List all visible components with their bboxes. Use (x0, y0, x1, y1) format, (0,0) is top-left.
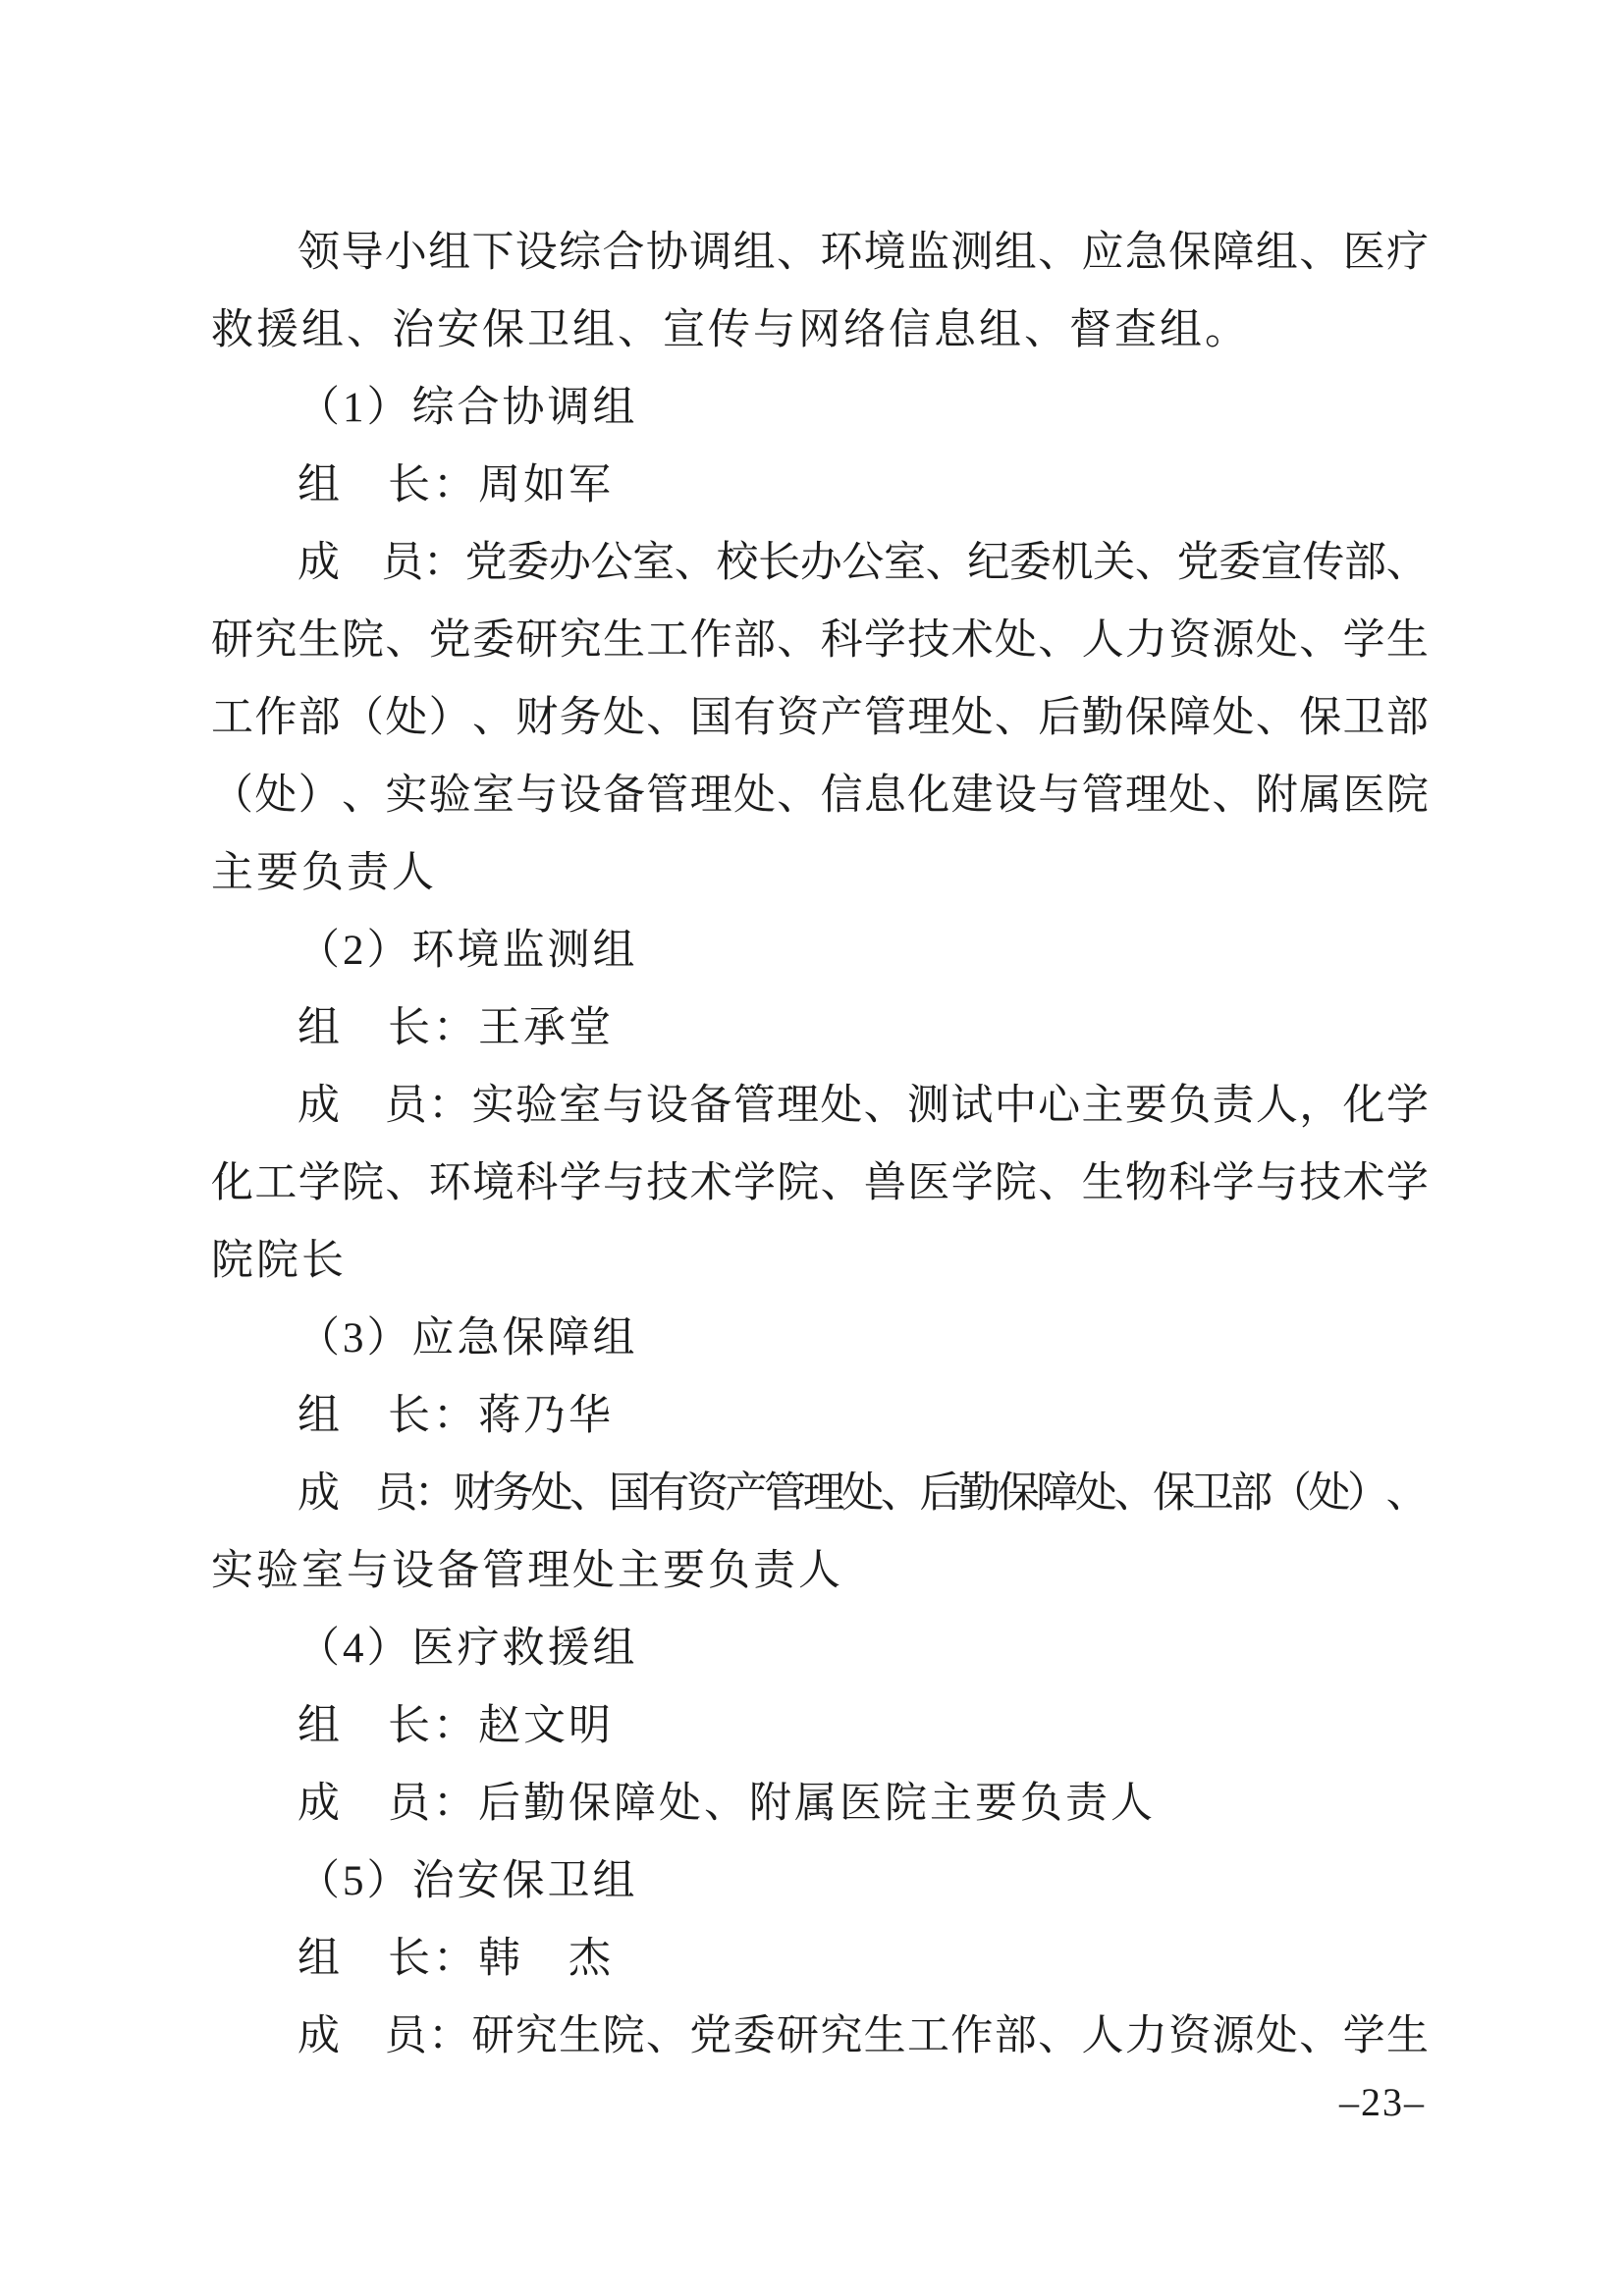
doc-line group-members: 成 员：实验室与设备管理处、测试中心主要负责人，化学 (211, 1067, 1429, 1145)
doc-line group-leader: 组 长：蒋乃华 (211, 1377, 1429, 1455)
doc-line section-heading: （2）环境监测组 (211, 912, 1429, 989)
doc-line group-members: 成 员：后勤保障处、附属医院主要负责人 (211, 1765, 1429, 1842)
doc-line group-leader: 组 长：韩 杰 (211, 1920, 1429, 1998)
doc-line: 化工学院、环境科学与技术学院、兽医学院、生物科学与技术学 (211, 1145, 1429, 1222)
doc-line: 主要负责人 (211, 834, 1429, 912)
doc-line section-heading: （1）综合协调组 (211, 369, 1429, 447)
document-page: 领导小组下设综合协调组、环境监测组、应急保障组、医疗 救援组、治安保卫组、宣传与… (0, 0, 1624, 2296)
doc-line: 院院长 (211, 1222, 1429, 1300)
doc-line: 领导小组下设综合协调组、环境监测组、应急保障组、医疗 (211, 214, 1429, 292)
doc-line: 研究生院、党委研究生工作部、科学技术处、人力资源处、学生 (211, 602, 1429, 679)
doc-line group-leader: 组 长：王承堂 (211, 989, 1429, 1067)
page-number: –23– (1339, 2073, 1426, 2132)
doc-line section-heading: （5）治安保卫组 (211, 1842, 1429, 1920)
doc-line section-heading: （3）应急保障组 (211, 1300, 1429, 1377)
doc-line group-members: 成 员：财务处、国有资产管理处、后勤保障处、保卫部（处）、 (211, 1455, 1429, 1532)
document-body: 领导小组下设综合协调组、环境监测组、应急保障组、医疗 救援组、治安保卫组、宣传与… (211, 214, 1429, 2075)
doc-line group-members: 成 员：党委办公室、校长办公室、纪委机关、党委宣传部、 (211, 524, 1429, 602)
doc-line section-heading: （4）医疗救援组 (211, 1610, 1429, 1687)
doc-line: 救援组、治安保卫组、宣传与网络信息组、督查组。 (211, 292, 1429, 369)
doc-line group-leader: 组 长：周如军 (211, 447, 1429, 524)
doc-line: （处）、实验室与设备管理处、信息化建设与管理处、附属医院 (211, 757, 1429, 834)
doc-line: 实验室与设备管理处主要负责人 (211, 1532, 1429, 1610)
doc-line group-leader: 组 长：赵文明 (211, 1687, 1429, 1765)
doc-line group-members: 成 员：研究生院、党委研究生工作部、人力资源处、学生 (211, 1998, 1429, 2075)
doc-line: 工作部（处）、财务处、国有资产管理处、后勤保障处、保卫部 (211, 679, 1429, 757)
